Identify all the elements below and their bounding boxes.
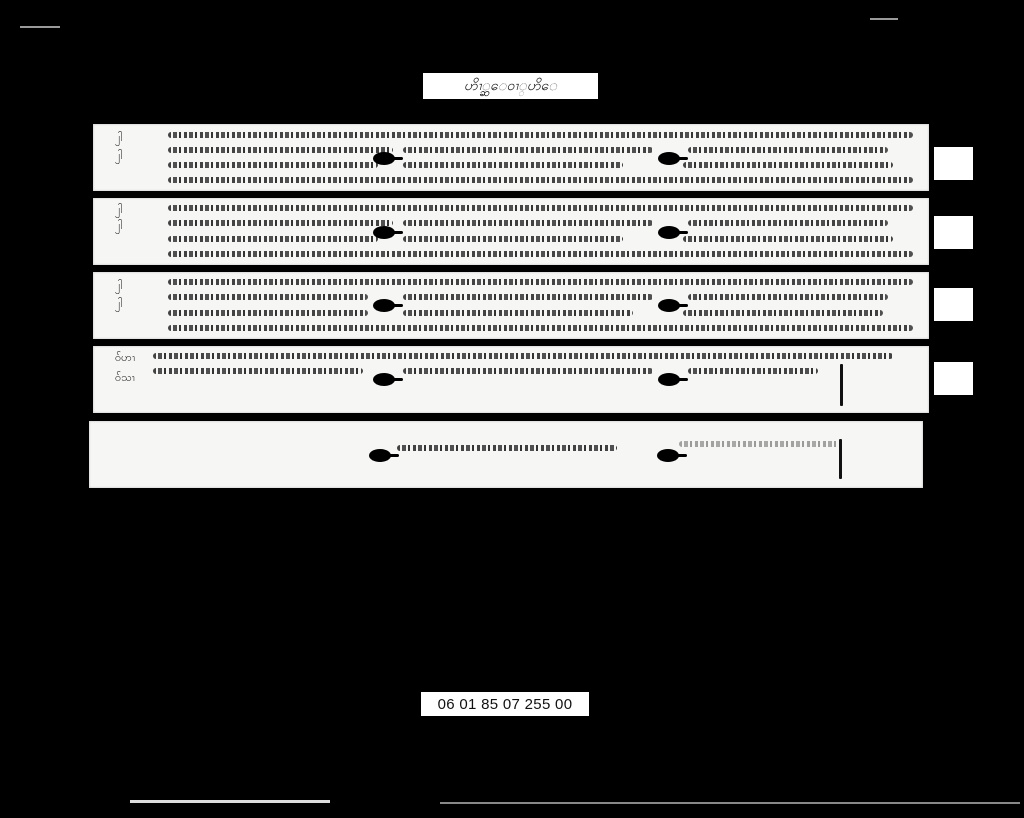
- reel-number-label: 06 01 85 07 255 00: [421, 692, 589, 716]
- string-hole: [373, 226, 395, 239]
- string-hole: [658, 226, 680, 239]
- string-hole: [658, 373, 680, 386]
- palm-leaf-2: ၂ါ ၂ါ: [93, 198, 929, 265]
- leaf-margin-number: ဝ်သၫ: [115, 370, 135, 386]
- index-marker-square: [934, 216, 973, 249]
- script-line: [153, 353, 893, 359]
- script-line: [688, 294, 888, 300]
- string-hole: [373, 373, 395, 386]
- film-edge-strip: [440, 802, 1020, 804]
- script-line: [403, 220, 653, 226]
- string-hole: [658, 152, 680, 165]
- cover-title-line: [397, 445, 617, 451]
- cover-note-line: [679, 441, 839, 447]
- script-line: [168, 147, 393, 153]
- manuscript-title-label: ဟိၢ္ဆ​ေဝၢ္ဟိ​ေ: [423, 73, 598, 99]
- script-line: [168, 162, 378, 168]
- palm-leaf-1: ၂ါ ၂ါ: [93, 124, 929, 191]
- script-line: [403, 162, 623, 168]
- string-hole: [373, 299, 395, 312]
- margin-stroke: [840, 364, 843, 406]
- string-hole: [373, 152, 395, 165]
- script-line: [688, 220, 888, 226]
- index-marker-square: [934, 362, 973, 395]
- palm-leaf-4: ဝ်ဟၫ ဝ်သၫ: [93, 346, 929, 413]
- script-line: [403, 147, 653, 153]
- script-line: [153, 368, 363, 374]
- string-hole: [657, 449, 679, 462]
- leaf-margin-number: ၂ါ: [115, 202, 122, 218]
- script-line: [683, 310, 883, 316]
- script-line: [403, 294, 653, 300]
- leaf-margin-number: ၂ါ: [115, 130, 122, 146]
- script-line: [403, 236, 623, 242]
- string-hole: [369, 449, 391, 462]
- palm-leaf-cover: [89, 421, 923, 488]
- string-hole: [658, 299, 680, 312]
- script-line: [168, 132, 913, 138]
- film-edge-strip: [130, 800, 330, 803]
- leaf-margin-number: ၂ါ: [115, 296, 122, 312]
- script-line: [168, 220, 393, 226]
- script-line: [168, 310, 368, 316]
- script-line: [168, 325, 913, 331]
- film-edge-noise: [870, 18, 898, 20]
- script-line: [683, 162, 893, 168]
- reel-number-text: 06 01 85 07 255 00: [438, 696, 573, 713]
- script-line: [168, 236, 378, 242]
- palm-leaf-3: ၂ါ ၂ါ: [93, 272, 929, 339]
- margin-stroke: [839, 439, 842, 479]
- script-line: [168, 177, 913, 183]
- script-line: [168, 279, 913, 285]
- script-line: [168, 251, 913, 257]
- script-line: [403, 310, 633, 316]
- leaf-margin-number: ၂ါ: [115, 218, 122, 234]
- script-line: [683, 236, 893, 242]
- manuscript-title-text: ဟိၢ္ဆ​ေဝၢ္ဟိ​ေ: [464, 76, 557, 97]
- leaf-margin-number: ဝ်ဟၫ: [115, 350, 135, 366]
- script-line: [688, 147, 888, 153]
- index-marker-square: [934, 288, 973, 321]
- leaf-margin-number: ၂ါ: [115, 278, 122, 294]
- script-line: [168, 205, 913, 211]
- script-line: [403, 368, 653, 374]
- film-edge-noise: [20, 26, 60, 28]
- script-line: [688, 368, 818, 374]
- index-marker-square: [934, 147, 973, 180]
- script-line: [168, 294, 368, 300]
- leaf-margin-number: ၂ါ: [115, 148, 122, 164]
